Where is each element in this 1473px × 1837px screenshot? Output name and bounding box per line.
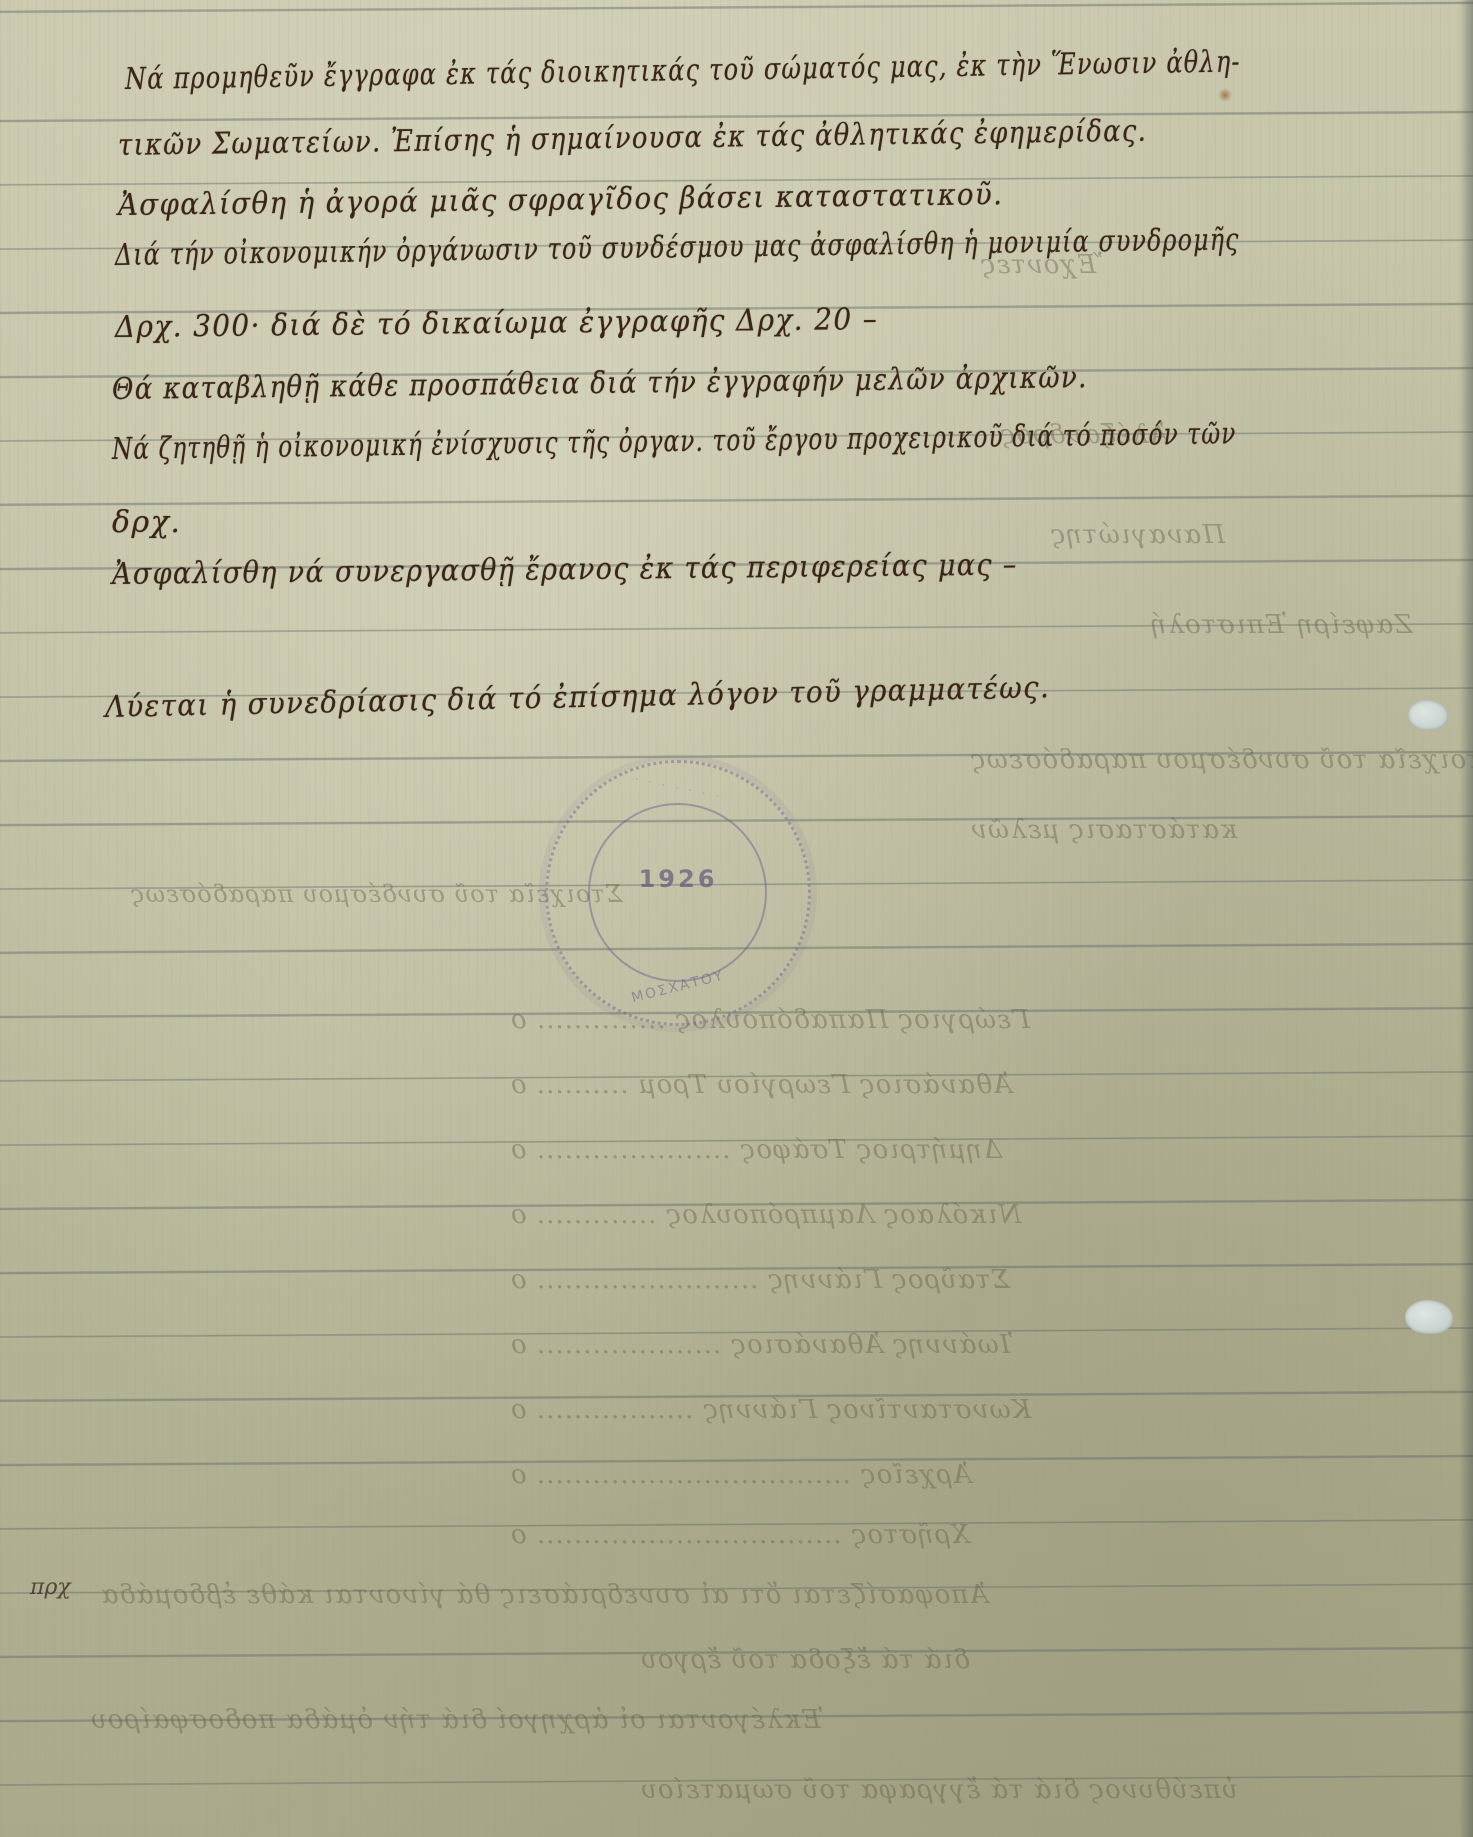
bleed-through-list-row: Ἰωάννης Ἀθανάσιος .................... ο (510, 1330, 1013, 1360)
bleed-through-list-row: Κωνσταντῖνος Γιάννης ................. ο (510, 1395, 1031, 1425)
bleed-through-line: κατάστασις μελῶν (970, 815, 1237, 845)
punch-hole-top (1408, 700, 1448, 730)
bleed-through-line: Παναγιώτης (1050, 520, 1225, 550)
bleed-through-line: Ἀποφασίζεται ὅτι αἱ συνεδριάσεις θά γίνο… (100, 1580, 988, 1610)
bleed-through-list-row: Χρῆστος ................................… (510, 1520, 970, 1550)
document-page: Ἔχοντες Ἀλέξανδρος Παναγιώτης Ζαφείρη Ἐπ… (0, 0, 1473, 1837)
handwritten-line-8: δρχ. (112, 505, 181, 540)
handwritten-line-2: τικῶν Σωματείων. Ἐπίσης ἡ σημαίνουσα ἐκ … (118, 114, 1148, 163)
bleed-through-list-row: Δημήτριος Τσάφος ..................... ο (510, 1135, 1002, 1165)
bleed-through-list-row: Ἀρχεῖος ................................… (510, 1460, 971, 1490)
bleed-through-line: Ἐκλέγονται οἱ ἀρχηγοί διά τήν ὁμάδα ποδο… (90, 1705, 824, 1735)
handwritten-line-1: Νά προμηθεῦν ἔγγραφα ἐκ τάς διοικητικάς … (125, 44, 1241, 97)
bleed-through-line: διά τά ἔξοδα τοῦ ἔργου (640, 1645, 970, 1675)
handwritten-line-5: Δρχ. 300· διά δὲ τό δικαίωμα ἐγγραφῆς Δρ… (115, 302, 878, 345)
bleed-through-list-row: Νικόλαος Λαμπρόπουλος ............. ο (510, 1200, 1021, 1230)
bleed-through-line: Στοιχεῖα τοῦ συνδέσμου παραδόσεως (970, 745, 1473, 775)
bleed-through-line: Ζαφείρη Ἐπιστολή (1150, 610, 1412, 640)
handwritten-line-7: Νά ζητηθῇ ἡ οἰκονομική ἐνίσχυσις τῆς ὀργ… (112, 416, 1237, 467)
punch-hole-bottom (1405, 1300, 1453, 1334)
handwritten-line-3: Ἀσφαλίσθη ἡ ἀγορά μιᾶς σφραγῖδος βάσει κ… (118, 177, 1004, 223)
closing-signature-line: Λύεται ἡ συνεδρίασις διά τό ἐπίσημα λόγο… (105, 670, 1051, 725)
stamp-year: 1926 (548, 865, 808, 893)
handwritten-line-6: Θά καταβληθῇ κάθε προσπάθεια διά τήν ἐγγ… (112, 360, 1088, 407)
handwritten-line-9: Ἀσφαλίσθη νά συνεργασθῇ ἔρανος ἐκ τάς πε… (112, 548, 1018, 592)
bleed-through-list-row: Σταῦρος Γιάννης ........................… (510, 1265, 1010, 1295)
bleed-through-line: ὑπεύθυνος διά τά ἔγγραφα τοῦ σωματείου (640, 1775, 1238, 1805)
circular-stamp: · · · · · · · 1926 ΜΟΣΧΑΤΟΥ (545, 760, 811, 1026)
page-edge-shadow (1459, 0, 1473, 1837)
ink-stain (1218, 88, 1232, 102)
bleed-through-list-row: Ἀθανάσιος Γεωργίου Τρομ .......... ο (510, 1070, 1012, 1100)
margin-note: πρχ (30, 1575, 71, 1600)
